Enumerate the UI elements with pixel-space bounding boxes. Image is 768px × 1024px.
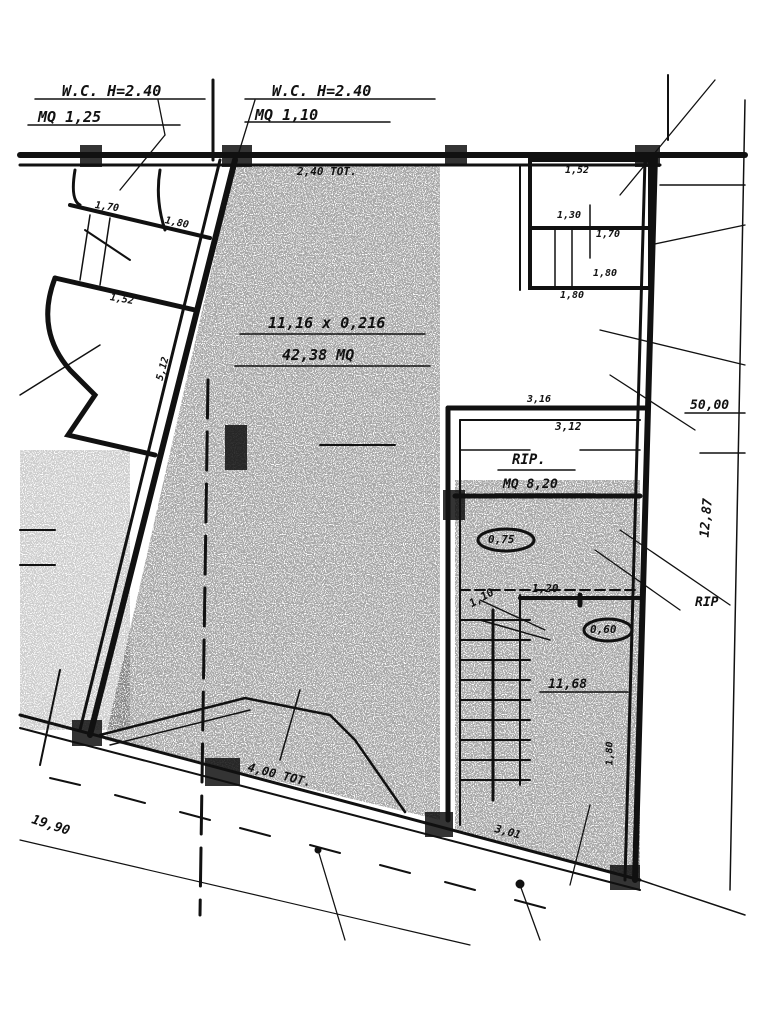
landing-width-label: 1,20: [532, 582, 559, 595]
lower-room-dim: 11,68: [548, 677, 587, 692]
storage-top-dim: 3,16: [527, 394, 551, 405]
small-room-bottom-dim: 1,80: [560, 290, 584, 301]
small-rooms: [520, 160, 650, 290]
oval-tag-2-label: 0,60: [590, 623, 617, 636]
floor-plan-drawing: [0, 0, 768, 1024]
main-room-dims-label: 11,16 x 0,216: [268, 314, 385, 332]
right-dim-label: 50,00: [690, 398, 729, 413]
storage-width-dim: 3,12: [555, 420, 582, 433]
small-room-top-dim: 1,52: [565, 165, 589, 176]
storage-name-label: RIP.: [512, 452, 546, 468]
small-room-low-dim: 1,80: [593, 268, 617, 279]
wc-right-height-label: W.C. H=2.40: [272, 82, 371, 100]
oval-tag-1-label: 0,75: [488, 533, 515, 546]
small-room-side-dim: 1,70: [596, 229, 620, 240]
wc-left-height-label: W.C. H=2.40: [62, 82, 161, 100]
small-room-mid-dim: 1,30: [557, 210, 581, 221]
vertical-dim-lower: 1,80: [605, 741, 616, 765]
top-total-label: 2,40 TOT.: [297, 165, 357, 178]
scan-noise: [20, 165, 640, 880]
storage-area-label: MQ 8,20: [503, 477, 558, 492]
wc-left-area-label: MQ 1,25: [38, 108, 101, 126]
main-room-area-label: 42,38 MQ: [282, 346, 354, 364]
right-lower-tag: RIP: [695, 595, 718, 610]
wc-right-area-label: MQ 1,10: [255, 106, 318, 124]
